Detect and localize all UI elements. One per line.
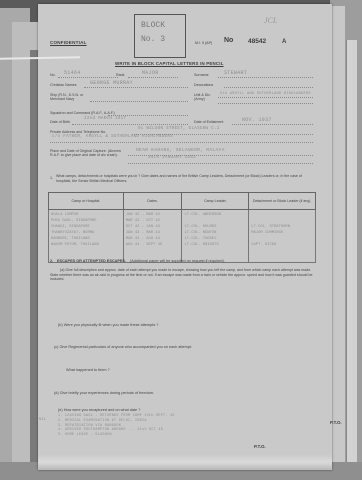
question-2e: (e) How were you recaptured and on what … — [58, 408, 140, 412]
table-row: KUALA LUMPUR PUDU GAOL, SINGAPORE CHANGI… — [49, 210, 316, 263]
form-instruction: WRITE IN BLOCK CAPITAL LETTERS IN PENCIL — [115, 61, 224, 66]
dates-cell: JAN 42 - MAR 42 MAR 42 - OCT 42 OCT 42 -… — [123, 210, 182, 263]
unit-label: Unit & Div. (Army) — [194, 93, 216, 102]
question-2a: (a) Give full description and approx. da… — [50, 268, 320, 282]
no-value: 51464 — [64, 70, 81, 76]
address-value-line2: c/o FATHER, ARGYLL & SUTHERLAND HIGHLAND… — [52, 135, 173, 139]
camps-table: Camp or Hospital. Dates. Camp Leader. De… — [48, 192, 316, 263]
question-2c-followup: What happened to them ? — [66, 368, 110, 372]
stamp-line2: No. 3 — [141, 35, 165, 44]
decorations-label: Decorations — [194, 83, 213, 87]
detachment-cell: LT.COL. STRATHORN MAJOR CUMMINGS CAPT. H… — [249, 210, 316, 263]
capture-label: Place and Date of Original Capture. (Air… — [50, 149, 126, 157]
block-stamp: BLOCK No. 3 — [134, 14, 186, 58]
page-edge-glare — [38, 454, 332, 470]
question-2d: (d) Give briefly your experiences during… — [54, 391, 154, 395]
form-number: 48542 — [248, 38, 266, 45]
col-detachment-leader: Detachment or Block Leader (if any). — [249, 193, 316, 210]
dob-label: Date of Birth — [50, 120, 70, 124]
escape-questionnaire-form: CONFIDENTIAL BLOCK No. 3 JCL M.I. 9 (AP)… — [38, 4, 332, 470]
camp-cell: KUALA LUMPUR PUDU GAOL, SINGAPORE CHANGI… — [49, 210, 124, 263]
form-number-label: No — [224, 37, 233, 44]
section1-question: What camps, detachments or hospitals wer… — [56, 174, 318, 183]
question-2c: (c) Give Regimental particulars of anyon… — [54, 345, 192, 349]
stacked-page-right-far — [346, 40, 357, 480]
christian-names-value: GEORGE MURRAY — [90, 80, 133, 86]
dob-value: 22nd MARCH 1917 — [84, 117, 126, 121]
pto-center: P.T.O. — [254, 444, 266, 449]
col-camp-leader: Camp Leader. — [182, 193, 249, 210]
answer-2e-list: 1. LEAVING GAOL - RETURNED FROM CAMP 12t… — [58, 414, 175, 438]
form-reference: M.I. 9 (AP) — [195, 41, 212, 45]
unit-value: 5th ARGYLL AND SUTHERLAND HIGHLANDERS — [220, 92, 312, 98]
address-value-line1: 9c WILSON STREET, GLASGOW C.1 — [138, 127, 220, 131]
capture-value-line1: NEAR KAHANG, SELANGOR, MALAYA — [136, 148, 225, 153]
address-label: Private Address and Telephone No. — [50, 130, 106, 134]
capture-value-line2: 25th JANUARY 1942 — [148, 156, 196, 160]
question-2b: (b) Were you physically fit when you mad… — [58, 323, 158, 327]
ship-label: Ship (R.N., D.S.N. or Merchant Navy — [50, 93, 90, 102]
christian-names-label: Christian Names — [50, 83, 77, 87]
camps-table-header: Camp or Hospital. Dates. Camp Leader. De… — [49, 193, 316, 210]
leader-cell: LT.COL. ANDERSON LT.COL. HOLMES LT.COL. … — [182, 210, 249, 263]
col-dates: Dates. — [123, 193, 182, 210]
surname-value: STEWART — [224, 70, 247, 76]
pto-right: P.T.O. — [330, 420, 342, 425]
section2-note: (Additional paper will be supplied on re… — [130, 259, 225, 263]
col-camp: Camp or Hospital. — [49, 193, 124, 210]
answer-2e-margin: NIL — [39, 418, 46, 422]
stamp-line1: BLOCK — [141, 21, 165, 30]
no-label: No. — [50, 73, 56, 77]
handwritten-initials: JCL — [264, 16, 277, 25]
classification-label: CONFIDENTIAL — [50, 40, 87, 45]
squadron-label: Squadron and Command (R.A.F., A.A.F.) — [50, 111, 115, 115]
enlistment-label: Date of Enlistment — [194, 120, 223, 124]
enlistment-value: NOV. 1937 — [242, 117, 272, 123]
form-suffix: A — [282, 39, 286, 45]
rank-value: MAJOR — [142, 70, 159, 76]
section2-title: ESCAPES OR ATTEMPTED ESCAPES. — [57, 259, 126, 263]
answer-2e-line: 5. HOME LEAVE - GLASGOW — [58, 433, 175, 438]
surname-label: Surname — [194, 73, 209, 77]
rank-label: Rank — [116, 73, 124, 77]
section1-number: 1. — [50, 176, 53, 180]
section2-number: 2. — [50, 259, 53, 263]
